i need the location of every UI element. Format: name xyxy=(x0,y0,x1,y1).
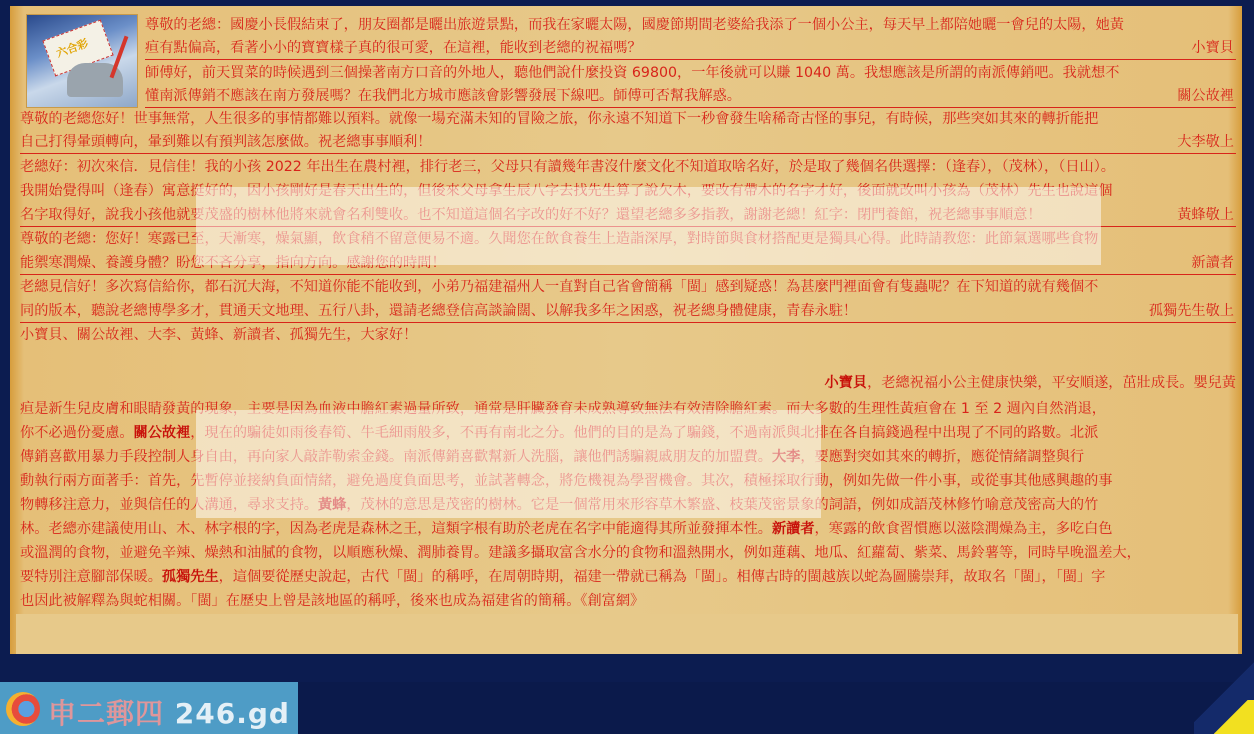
watermark-text: 申二郵四 246.gd xyxy=(48,692,290,732)
reply-addressee: 小寶貝 xyxy=(825,375,868,391)
letter-1-line-1: 尊敬的老總：國慶小長假結束了，朋友圈都是曬出旅遊景點，而我在家曬太陽，國慶節期間… xyxy=(145,14,1236,36)
letter-3-signature: 大李敬上 xyxy=(1177,131,1234,153)
mailbox-image: 六合彩 xyxy=(26,14,138,108)
blank-area xyxy=(16,614,1238,654)
reply-line-10: 也因此被解釋為與蛇相關。「閩」在歷史上曾是該地區的稱呼，後來也成為福建省的簡稱。… xyxy=(20,590,1236,612)
letter-3-line-1: 尊敬的老總您好！世事無常，人生很多的事情都難以預料。就像一場充滿未知的冒險之旅，… xyxy=(20,108,1236,130)
letter-2-line-2: 懂南派傳銷不應該在南方發展嗎？在我們北方城市應該會影響發展下線吧。師傅可否幫我解… xyxy=(145,85,1236,108)
letter-4-line-1: 老總好：初次來信．見信佳！我的小孩 2022 年出生在農村裡，排行老三，父母只有… xyxy=(20,156,1236,178)
reply-addressee: 新讀者 xyxy=(772,521,815,537)
letter-1-line-2: 疸有點偏高，看著小小的寶寶樣子真的很可愛，在這裡，能收到老總的祝福嗎？ xyxy=(145,37,1236,60)
reply-addressee: 關公故裡 xyxy=(134,425,191,441)
watermark-banner[interactable]: 申二郵四 246.gd xyxy=(0,682,298,734)
letter-2-signature: 關公故裡 xyxy=(1177,85,1234,107)
reply-addressee: 孤獨先生 xyxy=(162,569,219,585)
letter-4-signature: 黃蜂敬上 xyxy=(1177,204,1234,226)
reply-line-8: 或溫潤的食物，並避免辛辣、燥熱和油膩的食物，以順應秋燥、潤肺養胃。建議多攝取富含… xyxy=(20,542,1236,564)
letter-6-line-2: 同的版本，聽說老總博學多才，貫通天文地理、五行八卦，還請老總登信高談論闊、以解我… xyxy=(20,300,1236,323)
letter-5-signature: 新讀者 xyxy=(1191,252,1234,274)
letter-3-line-2: 自己打得暈頭轉向，暈到難以有預判該怎麼做。祝老總事事順利！ xyxy=(20,131,1236,154)
letter-2-line-1: 師傅好，前天買菜的時候遇到三個操著南方口音的外地人，聽他們說什麼投資 69800… xyxy=(145,62,1236,84)
highlight-overlay xyxy=(196,187,1101,265)
letter-1-signature: 小寶貝 xyxy=(1191,37,1234,59)
reply-line-9: 要特別注意腳部保暖。孤獨先生，這個要從歷史說起，古代「閩」的稱呼，在周朝時期，福… xyxy=(20,566,1236,588)
reply-line-7: 林。老總亦建議使用山、木、林字根的字，因為老虎是森林之王，這類字根有助於老虎在名… xyxy=(20,518,1236,540)
letter-6-line-1: 老總見信好！多次寫信給你，都石沉大海，不知道你能不能收到，小弟乃福建福州人一直對… xyxy=(20,276,1236,298)
highlight-overlay xyxy=(196,410,821,518)
corner-decoration xyxy=(1214,700,1254,734)
reply-line-1: 小寶貝，老總祝福小公主健康快樂，平安順遂，茁壯成長。嬰兒黃 xyxy=(20,372,1236,394)
logo-icon xyxy=(6,692,40,726)
letter-6-signature: 孤獨先生敬上 xyxy=(1149,300,1234,322)
reply-greeting: 小寶貝、關公故裡、大李、黃蜂、新讀者、孤獨先生，大家好！ xyxy=(20,324,1236,346)
